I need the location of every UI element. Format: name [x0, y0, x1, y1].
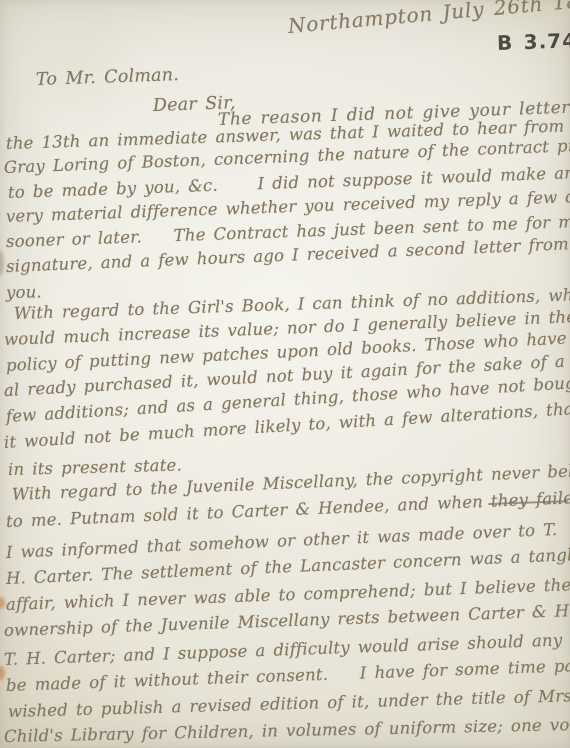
- letter-line: wished to publish a revised edition of i…: [8, 688, 570, 720]
- foxing-stain: [0, 597, 5, 609]
- letter-line: in its present state.: [8, 457, 182, 478]
- letter-line: Child's Library for Children, in volumes…: [4, 716, 570, 745]
- letter-recipient: To Mr. Colman.: [36, 67, 180, 89]
- letter-scan: Northampton July 26th 1838 B 3.74 To Mr.…: [0, 0, 570, 748]
- letter-line: you.: [6, 284, 42, 301]
- catalog-number: B 3.74: [497, 30, 570, 53]
- edge-shadow-stain: [0, 250, 4, 276]
